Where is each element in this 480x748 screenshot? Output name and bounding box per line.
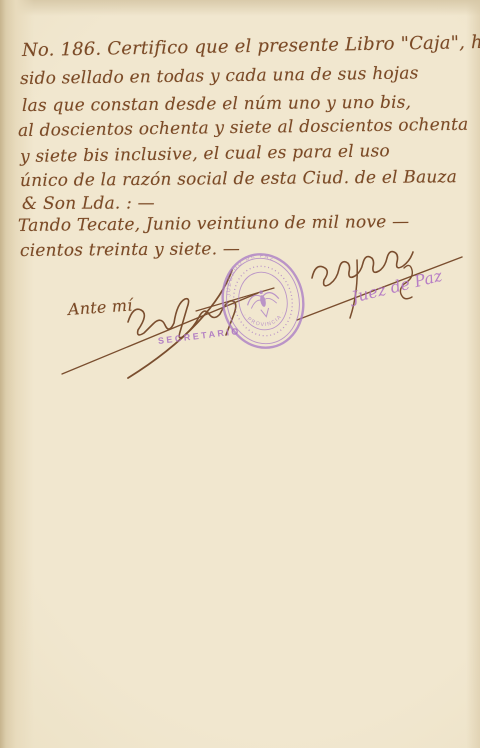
scan-page: No. 186. Certifico que el presente Libro… bbox=[0, 0, 480, 748]
notary-stamp: JUZGADO DE PAZ · PROVINCIA · bbox=[0, 0, 480, 748]
svg-text:· PROVINCIA ·: · PROVINCIA · bbox=[241, 304, 288, 332]
stamp-arc-bottom-text: · PROVINCIA · bbox=[241, 304, 288, 332]
eagle-emblem-icon bbox=[245, 287, 282, 320]
